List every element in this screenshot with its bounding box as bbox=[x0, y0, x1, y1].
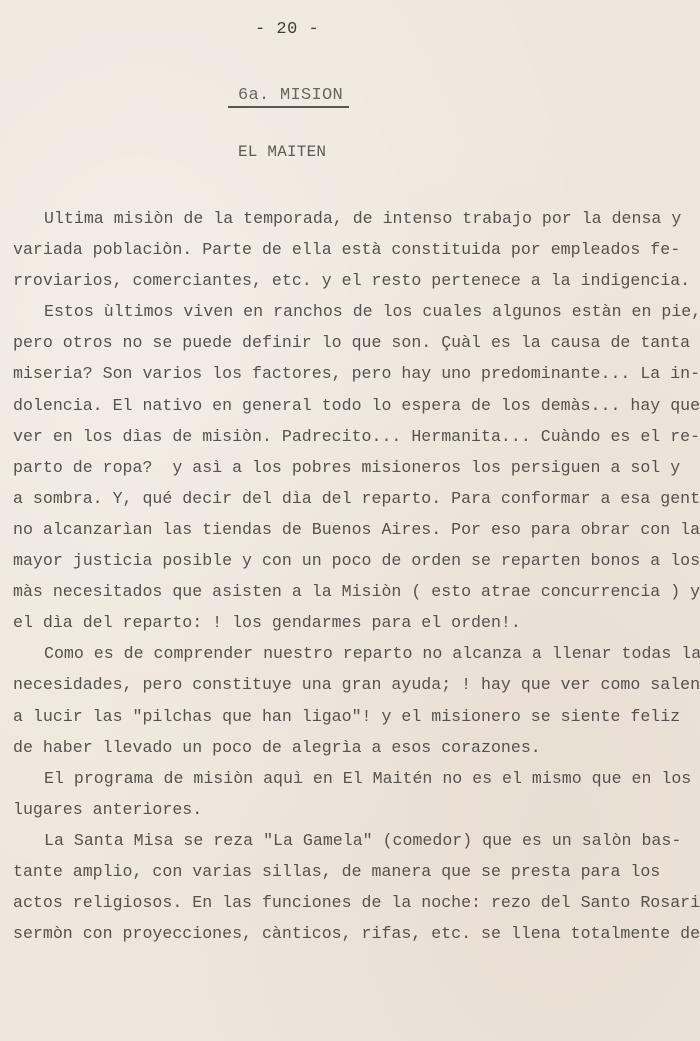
text-line: màs necesitados que asisten a la Misiòn … bbox=[13, 576, 700, 607]
text-line: rroviarios, comerciantes, etc. y el rest… bbox=[13, 265, 700, 296]
text-line: pero otros no se puede definir lo que so… bbox=[13, 327, 700, 358]
text-line: Como es de comprender nuestro reparto no… bbox=[13, 638, 700, 669]
text-line: dolencia. El nativo en general todo lo e… bbox=[13, 390, 700, 421]
text-line: de haber llevado un poco de alegrìa a es… bbox=[13, 732, 700, 763]
section-subtitle: EL MAITEN bbox=[238, 143, 326, 161]
text-line: Ultima misiòn de la temporada, de intens… bbox=[13, 203, 700, 234]
text-line: no alcanzarìan las tiendas de Buenos Air… bbox=[13, 514, 700, 545]
text-line: a sombra. Y, qué decir del dìa del repar… bbox=[13, 483, 700, 514]
text-line: ver en los dìas de misiòn. Padrecito... … bbox=[13, 421, 700, 452]
text-line: mayor justicia posible y con un poco de … bbox=[13, 545, 700, 576]
text-line: tante amplio, con varias sillas, de mane… bbox=[13, 856, 700, 887]
text-line: miseria? Son varios los factores, pero h… bbox=[13, 358, 700, 389]
body-text: Ultima misiòn de la temporada, de intens… bbox=[13, 203, 700, 949]
typewritten-page: - 20 - 6a. MISION EL MAITEN Ultima misiò… bbox=[0, 0, 700, 1041]
text-line: El programa de misiòn aquì en El Maitén … bbox=[13, 763, 700, 794]
text-line: parto de ropa? y asì a los pobres mision… bbox=[13, 452, 700, 483]
text-line: sermòn con proyecciones, cànticos, rifas… bbox=[13, 918, 700, 949]
text-line: actos religiosos. En las funciones de la… bbox=[13, 887, 700, 918]
text-line: el dìa del reparto: ! los gendarmes para… bbox=[13, 607, 700, 638]
text-line: variada poblaciòn. Parte de ella està co… bbox=[13, 234, 700, 265]
section-title: 6a. MISION bbox=[228, 86, 349, 108]
text-line: lugares anteriores. bbox=[13, 794, 700, 825]
text-line: La Santa Misa se reza "La Gamela" (comed… bbox=[13, 825, 700, 856]
page-number: - 20 - bbox=[255, 20, 319, 39]
text-line: necesidades, pero constituye una gran ay… bbox=[13, 669, 700, 700]
text-line: Estos ùltimos viven en ranchos de los cu… bbox=[13, 296, 700, 327]
text-line: a lucir las "pilchas que han ligao"! y e… bbox=[13, 701, 700, 732]
